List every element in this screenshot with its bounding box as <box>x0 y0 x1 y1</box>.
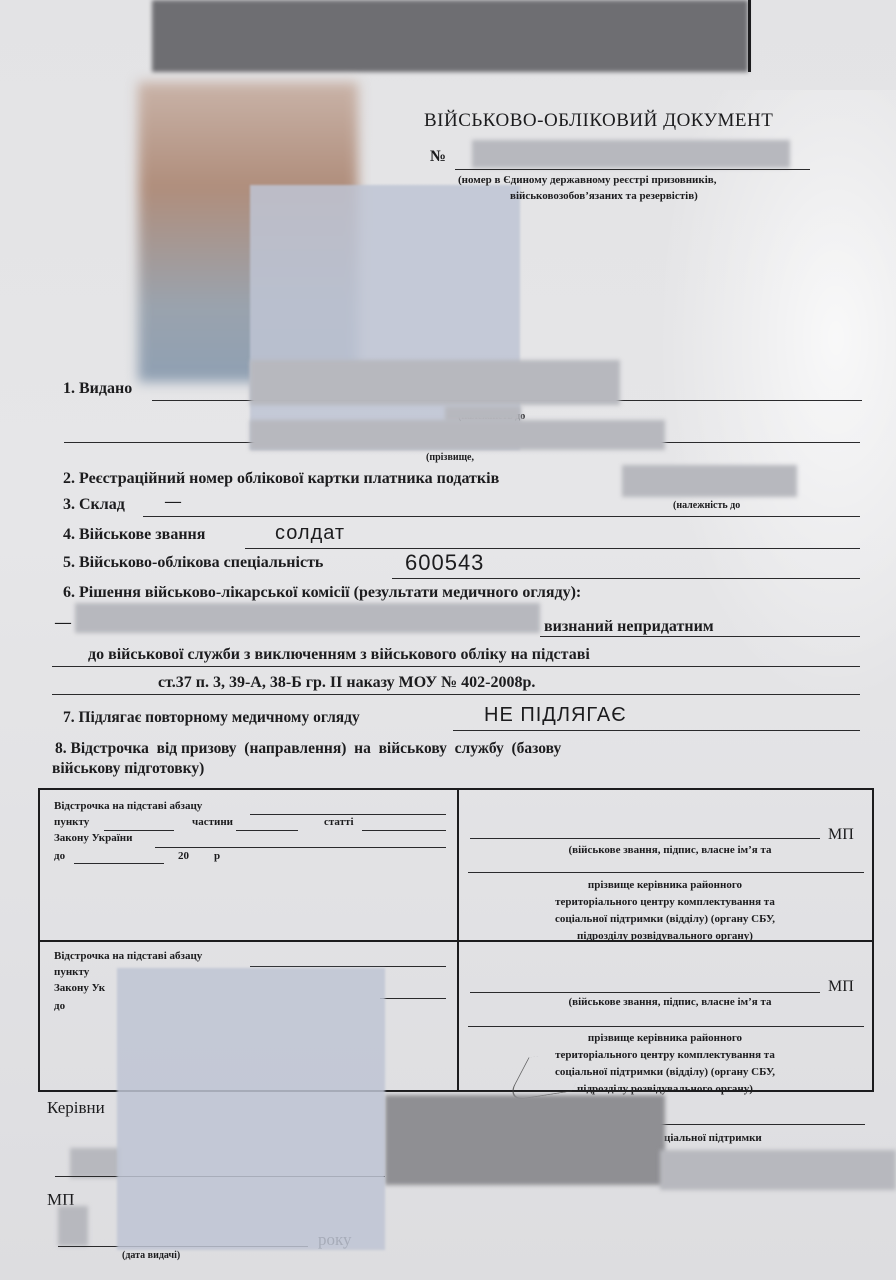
row1-r: р <box>214 850 220 862</box>
row2-hint2: прізвище керівника районного <box>460 1032 870 1044</box>
row1-statti-line <box>362 830 446 831</box>
redacted-footer-1 <box>385 1095 665 1185</box>
row1-basis-line <box>250 814 446 815</box>
date-hint: (дата видачі) <box>122 1250 180 1261</box>
rank-label: 4. Військове звання <box>63 526 205 544</box>
row1-hint3: територіального центру комплектування та <box>460 896 870 908</box>
issued-label: 1. Видано <box>63 380 132 398</box>
row2-law-line <box>380 998 446 999</box>
row1-hint4: соціальної підтримки (відділу) (органу С… <box>460 913 870 925</box>
row1-hint1: (військове звання, підпис, власне ім’я т… <box>470 844 870 856</box>
medical-basis: до військової служби з виключенням з вій… <box>88 646 590 664</box>
row2-name-line <box>468 1026 864 1027</box>
redacted-date <box>58 1206 88 1246</box>
medical-prefix: — <box>55 614 71 632</box>
deferral-label-2: військову підготовку) <box>52 760 204 778</box>
row1-punkt: пункту <box>54 816 89 828</box>
redacted-footer-3 <box>70 1148 120 1178</box>
row1-law-line <box>155 847 446 848</box>
head-line <box>660 1124 865 1125</box>
reexam-line <box>453 730 860 731</box>
number-line <box>455 169 810 170</box>
row1-mp: МП <box>828 826 854 844</box>
specialty-label: 5. Військово-облікова спеціальність <box>63 554 323 572</box>
reexam-value: НЕ ПІДЛЯГАЄ <box>484 704 627 727</box>
number-label: № <box>430 148 446 166</box>
deferral-label-1: 8. Відстрочка від призову (направлення) … <box>55 740 561 758</box>
row1-hint5: підрозділу розвідувального органу) <box>460 930 870 942</box>
redacted-stamp-bottom <box>117 968 385 1250</box>
row1-punkt-line <box>104 830 174 831</box>
tax-number-label: 2. Реєстраційний номер облікової картки … <box>63 470 499 488</box>
medical-label: 6. Рішення військово-лікарської комісії … <box>63 584 581 602</box>
row1-hint2: прізвище керівника районного <box>460 879 870 891</box>
row1-sign-line <box>470 838 820 839</box>
row2-basis-line <box>250 966 446 967</box>
row2-mp: МП <box>828 978 854 996</box>
composition-value: — <box>165 493 181 511</box>
row2-do: до <box>54 1000 65 1012</box>
number-hint-line2: військовозобов’язаних та резервістів) <box>510 190 698 202</box>
redacted-footer-2 <box>660 1150 896 1190</box>
row1-chastyny-line <box>236 830 298 831</box>
header-border <box>748 0 751 72</box>
redacted-issued-1 <box>250 360 620 405</box>
row1-name-line <box>468 872 864 873</box>
reexam-label: 7. Підлягає повторному медичному огляду <box>63 709 360 727</box>
medical-result: визнаний непридатним <box>544 618 714 636</box>
specialty-value: 600543 <box>405 550 484 576</box>
row1-do: до <box>54 850 65 862</box>
composition-hint: (належність до <box>673 500 740 511</box>
row1-statti: статті <box>324 816 354 828</box>
issued-hint-surname: (прізвище, <box>426 452 474 463</box>
specialty-line <box>392 578 860 579</box>
redacted-issued-2 <box>250 420 665 450</box>
rank-value: солдат <box>275 522 345 545</box>
redacted-number <box>472 140 790 168</box>
row2-hint1: (військове звання, підпис, власне ім’я т… <box>470 996 870 1008</box>
row1-year: 20 <box>178 850 189 862</box>
rank-line <box>245 548 860 549</box>
document-title: ВІЙСЬКОВО-ОБЛІКОВИЙ ДОКУМЕНТ <box>424 110 773 132</box>
row1-law: Закону України <box>54 832 132 844</box>
support-text: ціальної підтримки <box>664 1132 762 1144</box>
medical-line-3 <box>52 694 860 695</box>
composition-label: 3. Склад <box>63 496 125 514</box>
medical-line-2 <box>52 666 860 667</box>
head-label: Керівни <box>47 1098 105 1118</box>
row2-hint3: територіального центру комплектування та <box>460 1049 870 1061</box>
row1-chastyny: частини <box>192 816 233 828</box>
document-page: ВІЙСЬКОВО-ОБЛІКОВИЙ ДОКУМЕНТ № (номер в … <box>0 0 896 1280</box>
number-hint-line1: (номер в Єдиному державному реєстрі приз… <box>458 174 716 186</box>
row1-do-line <box>74 863 164 864</box>
row2-deferral-basis: Відстрочка на підставі абзацу <box>54 950 202 962</box>
row2-sign-line <box>470 992 820 993</box>
medical-line-1 <box>540 636 860 637</box>
composition-line <box>143 516 860 517</box>
row1-deferral-basis: Відстрочка на підставі абзацу <box>54 800 202 812</box>
medical-order: ст.37 п. 3, 39-А, 38-Б гр. ІІ наказу МОУ… <box>158 674 535 692</box>
redacted-tax-number <box>622 465 797 497</box>
row2-law: Закону Ук <box>54 982 105 994</box>
redacted-medical <box>75 603 540 633</box>
row2-punkt: пункту <box>54 966 89 978</box>
redacted-header <box>152 0 748 72</box>
